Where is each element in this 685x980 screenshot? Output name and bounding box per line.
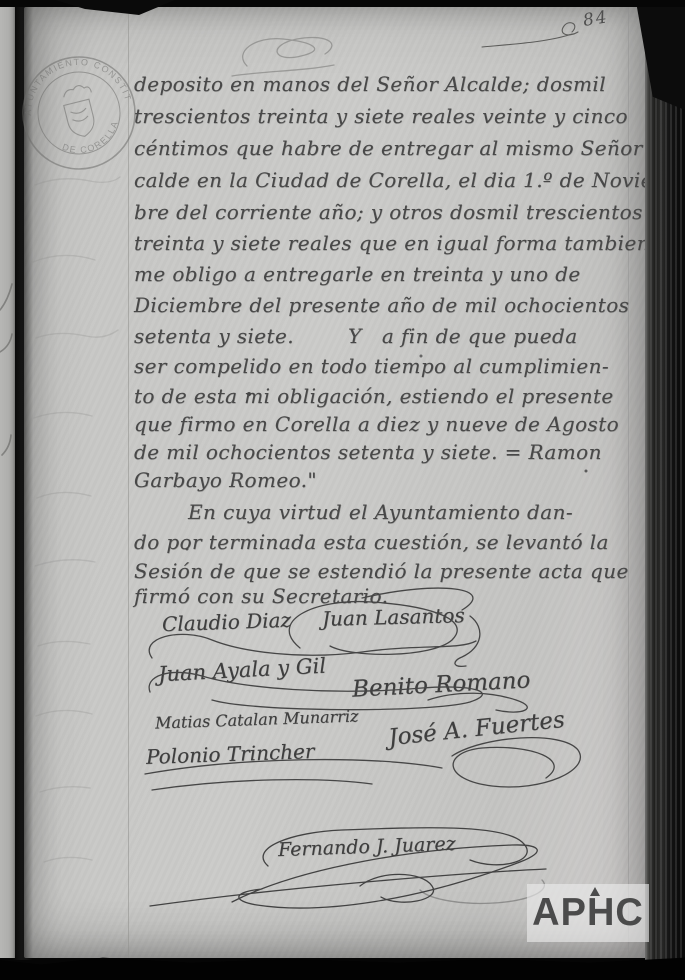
pen-nib-icon: [590, 887, 600, 896]
manuscript-line: trescientos treinta y siete reales veint…: [134, 104, 628, 128]
manuscript-line: que firmo en Corella a diez y nueve de A…: [134, 412, 619, 436]
manuscript-line: calde en la Ciudad de Corella, el dia 1.…: [134, 168, 679, 192]
stamp-arc-bottom-text: DE CORELLA: [56, 117, 126, 160]
aphc-watermark: APHC: [527, 884, 649, 942]
signature-juan-lasantos: Juan Lasantos: [322, 603, 465, 631]
page-number: 84: [582, 7, 610, 31]
manuscript-line: ser compelido en todo tiempo al cumplimi…: [134, 354, 609, 378]
manuscript-line: me obligo a entregarle en treinta y uno …: [134, 262, 581, 286]
coat-of-arms: [60, 83, 101, 140]
manuscript-line: céntimos que habre de entregar al mismo …: [134, 136, 678, 160]
manuscript-line: treinta y siete reales que en igual form…: [134, 231, 650, 255]
svg-text:DE CORELLA: DE CORELLA: [56, 117, 126, 160]
manuscript-line: Sesión de que se estendió la presente ac…: [134, 559, 629, 583]
book-page-edges: [645, 0, 685, 980]
manuscript-line: deposito en manos del Señor Alcalde; dos…: [134, 72, 606, 96]
manuscript-line: firmó con su Secretario.: [134, 584, 388, 608]
manuscript-line: Garbayo Romeo.": [134, 468, 317, 492]
manuscript-line: de mil ochocientos setenta y siete. = Ra…: [134, 440, 602, 464]
aphc-watermark-label: APHC: [532, 891, 644, 935]
scanned-document: AYUNTAMIENTO CONSTITUCIONAL DE CORELLA: [0, 0, 685, 980]
signature-claudio-diaz: Claudio Diaz: [162, 608, 292, 636]
manuscript-line: setenta y siete. Y a fin de que pueda: [134, 324, 578, 348]
manuscript-line: do por terminada esta cuestión, se levan…: [134, 530, 609, 554]
manuscript-line: to de esta mi obligación, estiendo el pr…: [134, 384, 614, 408]
manuscript-line: Diciembre del presente año de mil ochoci…: [134, 293, 629, 317]
manuscript-line: bre del corriente año; y otros dosmil tr…: [134, 200, 643, 224]
manuscript-line: En cuya virtud el Ayuntamiento dan-: [134, 500, 573, 524]
